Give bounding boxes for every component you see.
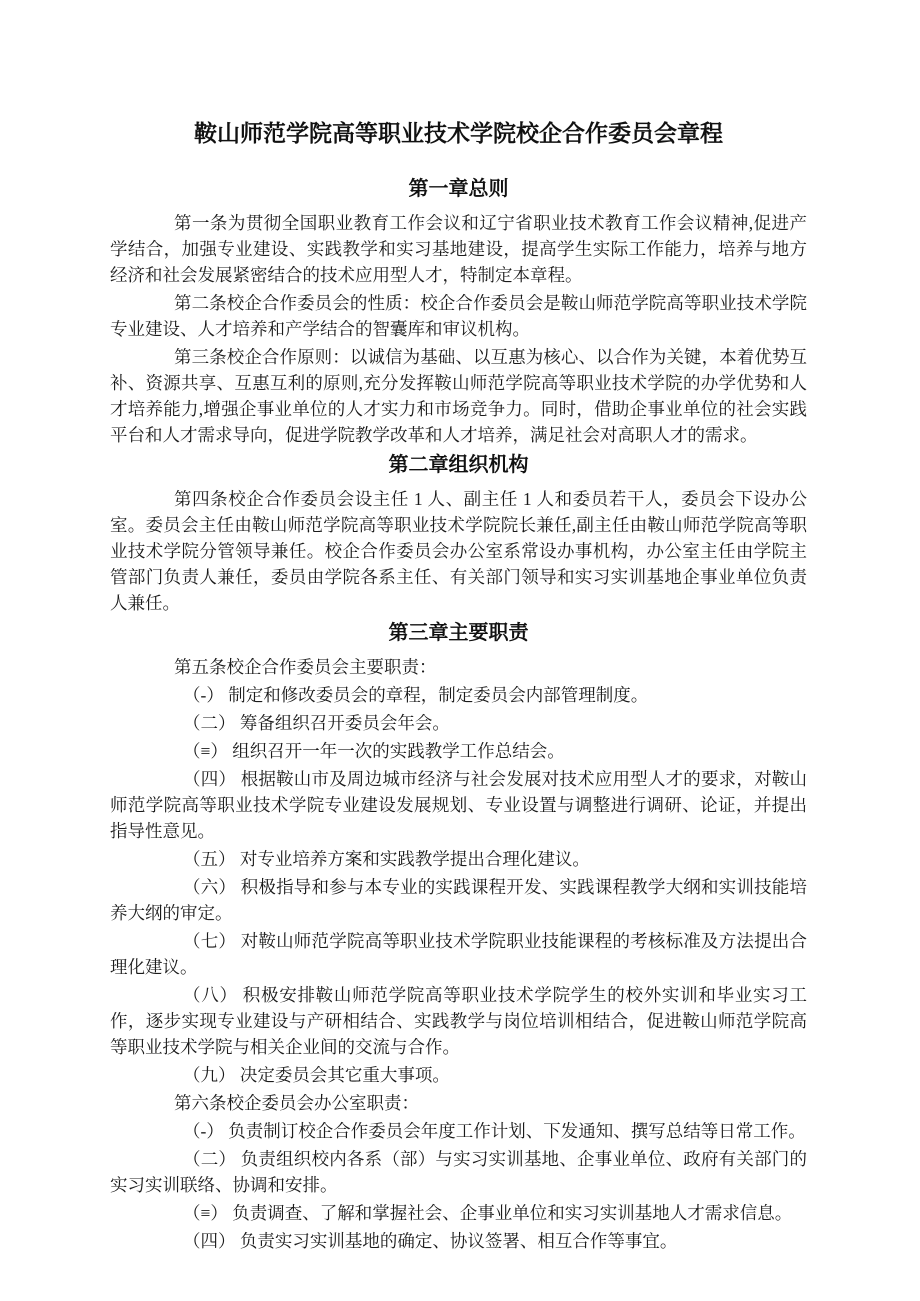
paragraph-article-3: 第三条校企合作原则：以诚信为基础、以互惠为核心、以合作为关键，本着优势互补、资源… [110,344,807,448]
list-item-5-7: （七） 对鞍山师范学院高等职业技术学院职业技能课程的考核标准及方法提出合理化建议… [110,928,807,980]
list-item-5-8: （八） 积极安排鞍山师范学院高等职业技术学院学生的校外实训和毕业实习工作，逐步实… [110,982,807,1060]
list-item-5-4: （四） 根据鞍山市及周边城市经济与社会发展对技术应用型人才的要求，对鞍山师范学院… [110,766,807,844]
list-item-5-3: （≡） 组织召开一年一次的实践教学工作总结会。 [110,738,807,764]
list-item-5-5: （五） 对专业培养方案和实践教学提出合理化建议。 [110,846,807,872]
list-item-6-4: （四） 负责实习实训基地的确定、协议签署、相互合作等事宜。 [110,1228,807,1254]
document-page: 鞍山师范学院高等职业技术学院校企合作委员会章程 第一章总则 第一条为贯彻全国职业… [0,0,920,1301]
list-item-6-2: （二） 负责组织校内各系（部）与实习实训基地、企事业单位、政府有关部门的实习实训… [110,1146,807,1198]
list-item-5-6: （六） 积极指导和参与本专业的实践课程开发、实践课程教学大纲和实训技能培养大纲的… [110,874,807,926]
paragraph-article-1: 第一条为贯彻全国职业教育工作会议和辽宁省职业技术教育工作会议精神,促进产学结合，… [110,210,807,288]
paragraph-article-5-intro: 第五条校企合作委员会主要职责： [110,654,807,680]
chapter-2-heading: 第二章组织机构 [110,452,807,478]
paragraph-article-6-intro: 第六条校企委员会办公室职责： [110,1090,807,1116]
chapter-3-heading: 第三章主要职责 [110,620,807,646]
list-item-5-9: （九） 决定委员会其它重大事项。 [110,1062,807,1088]
list-item-5-2: （二） 筹备组织召开委员会年会。 [110,710,807,736]
list-item-6-1: （-） 负责制订校企合作委员会年度工作计划、下发通知、撰写总结等日常工作。 [110,1118,807,1144]
list-item-5-1: （-） 制定和修改委员会的章程，制定委员会内部管理制度。 [110,682,807,708]
chapter-1-heading: 第一章总则 [110,176,807,202]
paragraph-article-4: 第四条校企合作委员会设主任 1 人、副主任 1 人和委员若干人，委员会下设办公室… [110,486,807,616]
list-item-6-3: （≡） 负责调查、了解和掌握社会、企事业单位和实习实训基地人才需求信息。 [110,1200,807,1226]
paragraph-article-2: 第二条校企合作委员会的性质：校企合作委员会是鞍山师范学院高等职业技术学院专业建设… [110,290,807,342]
document-title: 鞍山师范学院高等职业技术学院校企合作委员会章程 [110,118,807,148]
